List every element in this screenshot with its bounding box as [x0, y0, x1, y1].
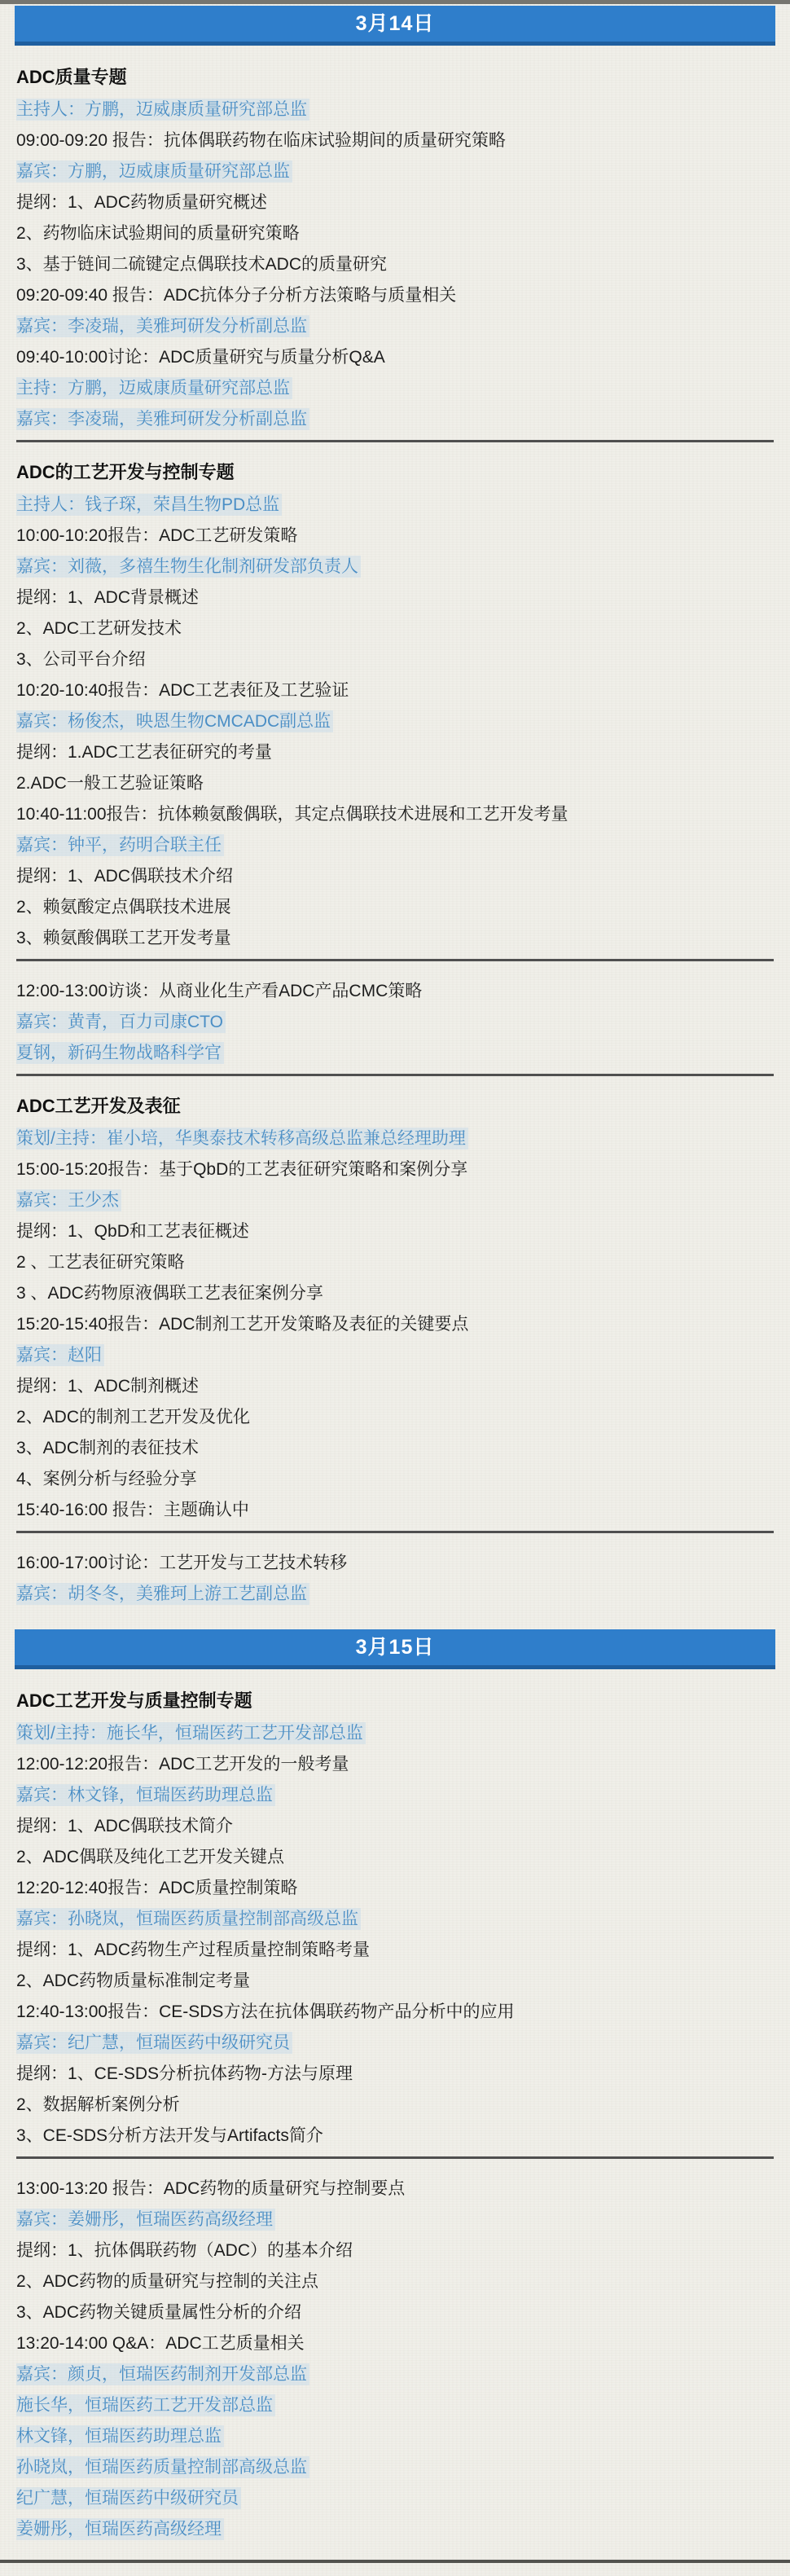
speaker-line: 嘉宾：李凌瑞，美雅珂研发分析副总监	[16, 316, 774, 336]
agenda-item: 2、ADC药物质量标准制定考量	[16, 1971, 774, 1991]
speaker-text: 主持人：钱子琛，荣昌生物PD总监	[16, 494, 282, 516]
section-divider	[16, 1074, 774, 1076]
agenda-item: 3、ADC药物关键质量属性分析的介绍	[16, 2302, 774, 2323]
session-title: ADC质量专题	[16, 67, 774, 87]
agenda-item: 2.ADC一般工艺验证策略	[16, 773, 774, 793]
speaker-text: 林文锋，恒瑞医药助理总监	[16, 2425, 224, 2447]
agenda-item: 16:00-17:00讨论：工艺开发与工艺技术转移	[16, 1553, 774, 1573]
speaker-line: 嘉宾：王少杰	[16, 1190, 774, 1211]
agenda-item: 09:20-09:40 报告：ADC抗体分子分析方法策略与质量相关	[16, 285, 774, 306]
agenda-item: 2、ADC药物的质量研究与控制的关注点	[16, 2271, 774, 2292]
speaker-text: 嘉宾：王少杰	[16, 1189, 121, 1211]
section-divider	[16, 959, 774, 961]
day-header-label: 3月15日	[356, 1636, 435, 1659]
agenda-item: 15:00-15:20报告：基于QbD的工艺表征研究策略和案例分享	[16, 1159, 774, 1180]
speaker-text: 嘉宾：胡冬冬，美雅珂上游工艺副总监	[16, 1583, 309, 1605]
speaker-text: 主持人：方鹏，迈威康质量研究部总监	[16, 99, 309, 121]
speaker-line: 嘉宾：胡冬冬，美雅珂上游工艺副总监	[16, 1584, 774, 1604]
speaker-line: 嘉宾：颜贞，恒瑞医药制剂开发部总监	[16, 2364, 774, 2385]
speaker-text: 嘉宾：林文锋，恒瑞医药助理总监	[16, 1784, 275, 1806]
conference-agenda-document: 3月14日ADC质量专题主持人：方鹏，迈威康质量研究部总监09:00-09:20…	[0, 6, 790, 2556]
session-title: ADC工艺开发与质量控制专题	[16, 1690, 774, 1711]
agenda-item: 提纲：1.ADC工艺表征研究的考量	[16, 742, 774, 763]
agenda-item: 2、ADC偶联及纯化工艺开发关键点	[16, 1847, 774, 1867]
agenda-item: 提纲：1、QbD和工艺表征概述	[16, 1221, 774, 1242]
agenda-item: 提纲：1、ADC药物质量研究概述	[16, 192, 774, 213]
agenda-item: 2、数据解析案例分析	[16, 2095, 774, 2115]
agenda-item: 15:20-15:40报告：ADC制剂工艺开发策略及表征的关键要点	[16, 1314, 774, 1334]
speaker-text: 嘉宾：黄青，百力司康CTO	[16, 1011, 226, 1033]
day-schedule: ADC工艺开发与质量控制专题策划/主持：施长华，恒瑞医药工艺开发部总监12:00…	[0, 1669, 790, 2556]
day-header-bar: 3月15日	[15, 1629, 775, 1669]
speaker-line: 嘉宾：杨俊杰，映恩生物CMCADC副总监	[16, 711, 774, 732]
speaker-text: 嘉宾：颜贞，恒瑞医药制剂开发部总监	[16, 2363, 309, 2385]
agenda-item: 12:20-12:40报告：ADC质量控制策略	[16, 1878, 774, 1898]
speaker-text: 策划/主持：崔小培，华奥泰技术转移高级总监兼总经理助理	[16, 1128, 468, 1150]
agenda-item: 提纲：1、ADC背景概述	[16, 587, 774, 608]
section-divider	[16, 1531, 774, 1533]
speaker-text: 孙晓岚，恒瑞医药质量控制部高级总监	[16, 2456, 309, 2478]
speaker-text: 夏钢，新码生物战略科学官	[16, 1042, 224, 1064]
agenda-item: 3、公司平台介绍	[16, 649, 774, 670]
agenda-item: 2、ADC的制剂工艺开发及优化	[16, 1407, 774, 1427]
speaker-line: 夏钢，新码生物战略科学官	[16, 1043, 774, 1063]
speaker-text: 姜姗彤，恒瑞医药高级经理	[16, 2518, 224, 2540]
agenda-item: 12:00-13:00访谈：从商业化生产看ADC产品CMC策略	[16, 981, 774, 1001]
speaker-line: 嘉宾：方鹏，迈威康质量研究部总监	[16, 161, 774, 182]
speaker-text: 纪广慧，恒瑞医药中级研究员	[16, 2487, 241, 2509]
speaker-text: 嘉宾：孙晓岚，恒瑞医药质量控制部高级总监	[16, 1908, 361, 1930]
speaker-text: 策划/主持：施长华，恒瑞医药工艺开发部总监	[16, 1722, 366, 1744]
agenda-item: 12:40-13:00报告：CE-SDS方法在抗体偶联药物产品分析中的应用	[16, 2002, 774, 2022]
speaker-text: 嘉宾：方鹏，迈威康质量研究部总监	[16, 160, 292, 182]
agenda-item: 提纲：1、ADC偶联技术简介	[16, 1816, 774, 1836]
agenda-item: 提纲：1、ADC药物生产过程质量控制策略考量	[16, 1940, 774, 1960]
speaker-text: 嘉宾：李凌瑞，美雅珂研发分析副总监	[16, 315, 309, 337]
speaker-line: 嘉宾：姜姗彤，恒瑞医药高级经理	[16, 2209, 774, 2230]
agenda-item: 13:20-14:00 Q&A：ADC工艺质量相关	[16, 2333, 774, 2354]
speaker-text: 主持：方鹏，迈威康质量研究部总监	[16, 377, 292, 399]
agenda-item: 12:00-12:20报告：ADC工艺开发的一般考量	[16, 1754, 774, 1774]
session-title: ADC的工艺开发与控制专题	[16, 462, 774, 482]
speaker-line: 嘉宾：赵阳	[16, 1345, 774, 1365]
agenda-item: 09:00-09:20 报告：抗体偶联药物在临床试验期间的质量研究策略	[16, 130, 774, 151]
speaker-line: 策划/主持：崔小培，华奥泰技术转移高级总监兼总经理助理	[16, 1128, 774, 1149]
agenda-item: 10:40-11:00报告：抗体赖氨酸偶联，其定点偶联技术进展和工艺开发考量	[16, 804, 774, 824]
agenda-item: 10:20-10:40报告：ADC工艺表征及工艺验证	[16, 680, 774, 701]
speaker-line: 嘉宾：孙晓岚，恒瑞医药质量控制部高级总监	[16, 1909, 774, 1929]
agenda-item: 提纲：1、ADC制剂概述	[16, 1376, 774, 1396]
day-1: 3月14日ADC质量专题主持人：方鹏，迈威康质量研究部总监09:00-09:20…	[0, 6, 790, 1621]
speaker-line: 孙晓岚，恒瑞医药质量控制部高级总监	[16, 2457, 774, 2477]
speaker-line: 主持人：钱子琛，荣昌生物PD总监	[16, 495, 774, 515]
speaker-line: 姜姗彤，恒瑞医药高级经理	[16, 2519, 774, 2539]
agenda-item: 3、ADC制剂的表征技术	[16, 1438, 774, 1458]
speaker-text: 嘉宾：钟平，药明合联主任	[16, 834, 224, 856]
speaker-line: 施长华，恒瑞医药工艺开发部总监	[16, 2395, 774, 2416]
speaker-text: 嘉宾：李凌瑞，美雅珂研发分析副总监	[16, 408, 309, 430]
day-2: 3月15日ADC工艺开发与质量控制专题策划/主持：施长华，恒瑞医药工艺开发部总监…	[0, 1629, 790, 2556]
speaker-text: 嘉宾：刘薇，多禧生物生化制剂研发部负责人	[16, 556, 361, 578]
agenda-item: 09:40-10:00讨论：ADC质量研究与质量分析Q&A	[16, 347, 774, 367]
page-bottom-border	[0, 2560, 790, 2563]
session-title: ADC工艺开发及表征	[16, 1096, 774, 1116]
speaker-line: 嘉宾：李凌瑞，美雅珂研发分析副总监	[16, 409, 774, 429]
agenda-item: 2、药物临床试验期间的质量研究策略	[16, 223, 774, 244]
agenda-item: 3、赖氨酸偶联工艺开发考量	[16, 928, 774, 948]
speaker-line: 嘉宾：林文锋，恒瑞医药助理总监	[16, 1785, 774, 1805]
agenda-item: 3、CE-SDS分析方法开发与Artifacts简介	[16, 2125, 774, 2146]
day-header-label: 3月14日	[356, 12, 435, 35]
agenda-item: 提纲：1、抗体偶联药物（ADC）的基本介绍	[16, 2240, 774, 2261]
speaker-line: 主持：方鹏，迈威康质量研究部总监	[16, 378, 774, 398]
speaker-line: 纪广慧，恒瑞医药中级研究员	[16, 2488, 774, 2508]
agenda-item: 2、ADC工艺研发技术	[16, 618, 774, 639]
speaker-text: 嘉宾：赵阳	[16, 1344, 104, 1366]
speaker-line: 策划/主持：施长华，恒瑞医药工艺开发部总监	[16, 1723, 774, 1743]
speaker-line: 嘉宾：钟平，药明合联主任	[16, 835, 774, 855]
speaker-line: 嘉宾：黄青，百力司康CTO	[16, 1012, 774, 1032]
agenda-item: 提纲：1、CE-SDS分析抗体药物-方法与原理	[16, 2064, 774, 2084]
section-divider	[16, 2156, 774, 2159]
section-divider	[16, 440, 774, 442]
agenda-item: 3 、ADC药物原液偶联工艺表征案例分享	[16, 1283, 774, 1303]
agenda-item: 10:00-10:20报告：ADC工艺研发策略	[16, 525, 774, 546]
agenda-item: 3、基于链间二硫键定点偶联技术ADC的质量研究	[16, 254, 774, 275]
day-header-bar: 3月14日	[15, 6, 775, 46]
speaker-line: 林文锋，恒瑞医药助理总监	[16, 2426, 774, 2446]
speaker-line: 嘉宾：刘薇，多禧生物生化制剂研发部负责人	[16, 556, 774, 577]
agenda-item: 提纲：1、ADC偶联技术介绍	[16, 866, 774, 886]
speaker-line: 主持人：方鹏，迈威康质量研究部总监	[16, 99, 774, 120]
day-schedule: ADC质量专题主持人：方鹏，迈威康质量研究部总监09:00-09:20 报告：抗…	[0, 46, 790, 1621]
speaker-text: 嘉宾：姜姗彤，恒瑞医药高级经理	[16, 2209, 275, 2231]
speaker-line: 嘉宾：纪广慧，恒瑞医药中级研究员	[16, 2033, 774, 2053]
agenda-item: 4、案例分析与经验分享	[16, 1469, 774, 1489]
agenda-item: 13:00-13:20 报告：ADC药物的质量研究与控制要点	[16, 2178, 774, 2199]
agenda-item: 15:40-16:00 报告：主题确认中	[16, 1500, 774, 1520]
speaker-text: 嘉宾：纪广慧，恒瑞医药中级研究员	[16, 2032, 292, 2054]
speaker-text: 施长华，恒瑞医药工艺开发部总监	[16, 2394, 275, 2416]
agenda-item: 2 、工艺表征研究策略	[16, 1252, 774, 1273]
speaker-text: 嘉宾：杨俊杰，映恩生物CMCADC副总监	[16, 710, 333, 732]
agenda-item: 2、赖氨酸定点偶联技术进展	[16, 897, 774, 917]
page-top-border	[0, 0, 790, 4]
